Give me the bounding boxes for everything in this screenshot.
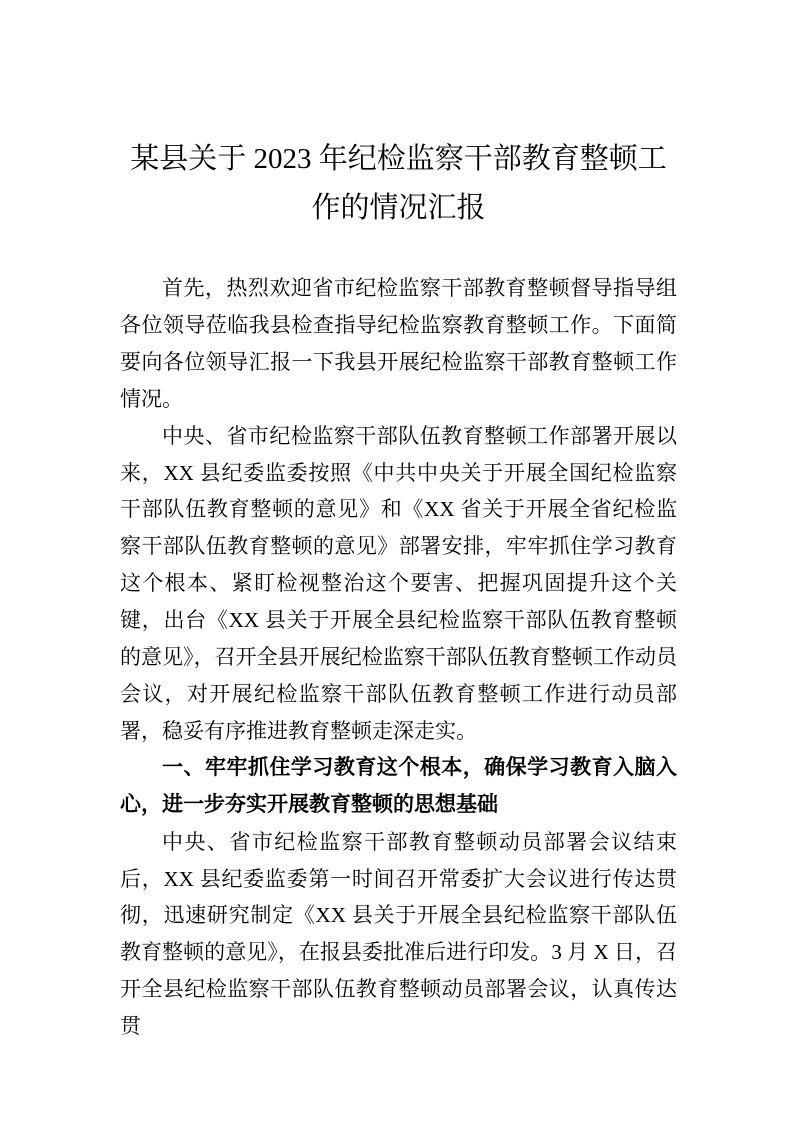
document-content: 某县关于 2023 年纪检监察干部教育整顿工作的情况汇报 首先，热烈欢迎省市纪检…: [120, 135, 677, 1045]
section-1-paragraph-1: 中央、省市纪检监察干部教育整顿动员部署会议结束后，XX 县纪委监委第一时间召开常…: [120, 824, 677, 1045]
section-1-heading: 一、牢牢抓住学习教育这个根本，确保学习教育入脑入心，进一步夯实开展教育整顿的思想…: [120, 750, 677, 824]
intro-paragraph-1: 首先，热烈欢迎省市纪检监察干部教育整顿督导指导组各位领导莅临我县检查指导纪检监察…: [120, 270, 677, 418]
document-title: 某县关于 2023 年纪检监察干部教育整顿工作的情况汇报: [120, 135, 677, 233]
document-page: 某县关于 2023 年纪检监察干部教育整顿工作的情况汇报 首先，热烈欢迎省市纪检…: [0, 0, 793, 1122]
intro-paragraph-2: 中央、省市纪检监察干部队伍教育整顿工作部署开展以来，XX 县纪委监委按照《中共中…: [120, 418, 677, 750]
